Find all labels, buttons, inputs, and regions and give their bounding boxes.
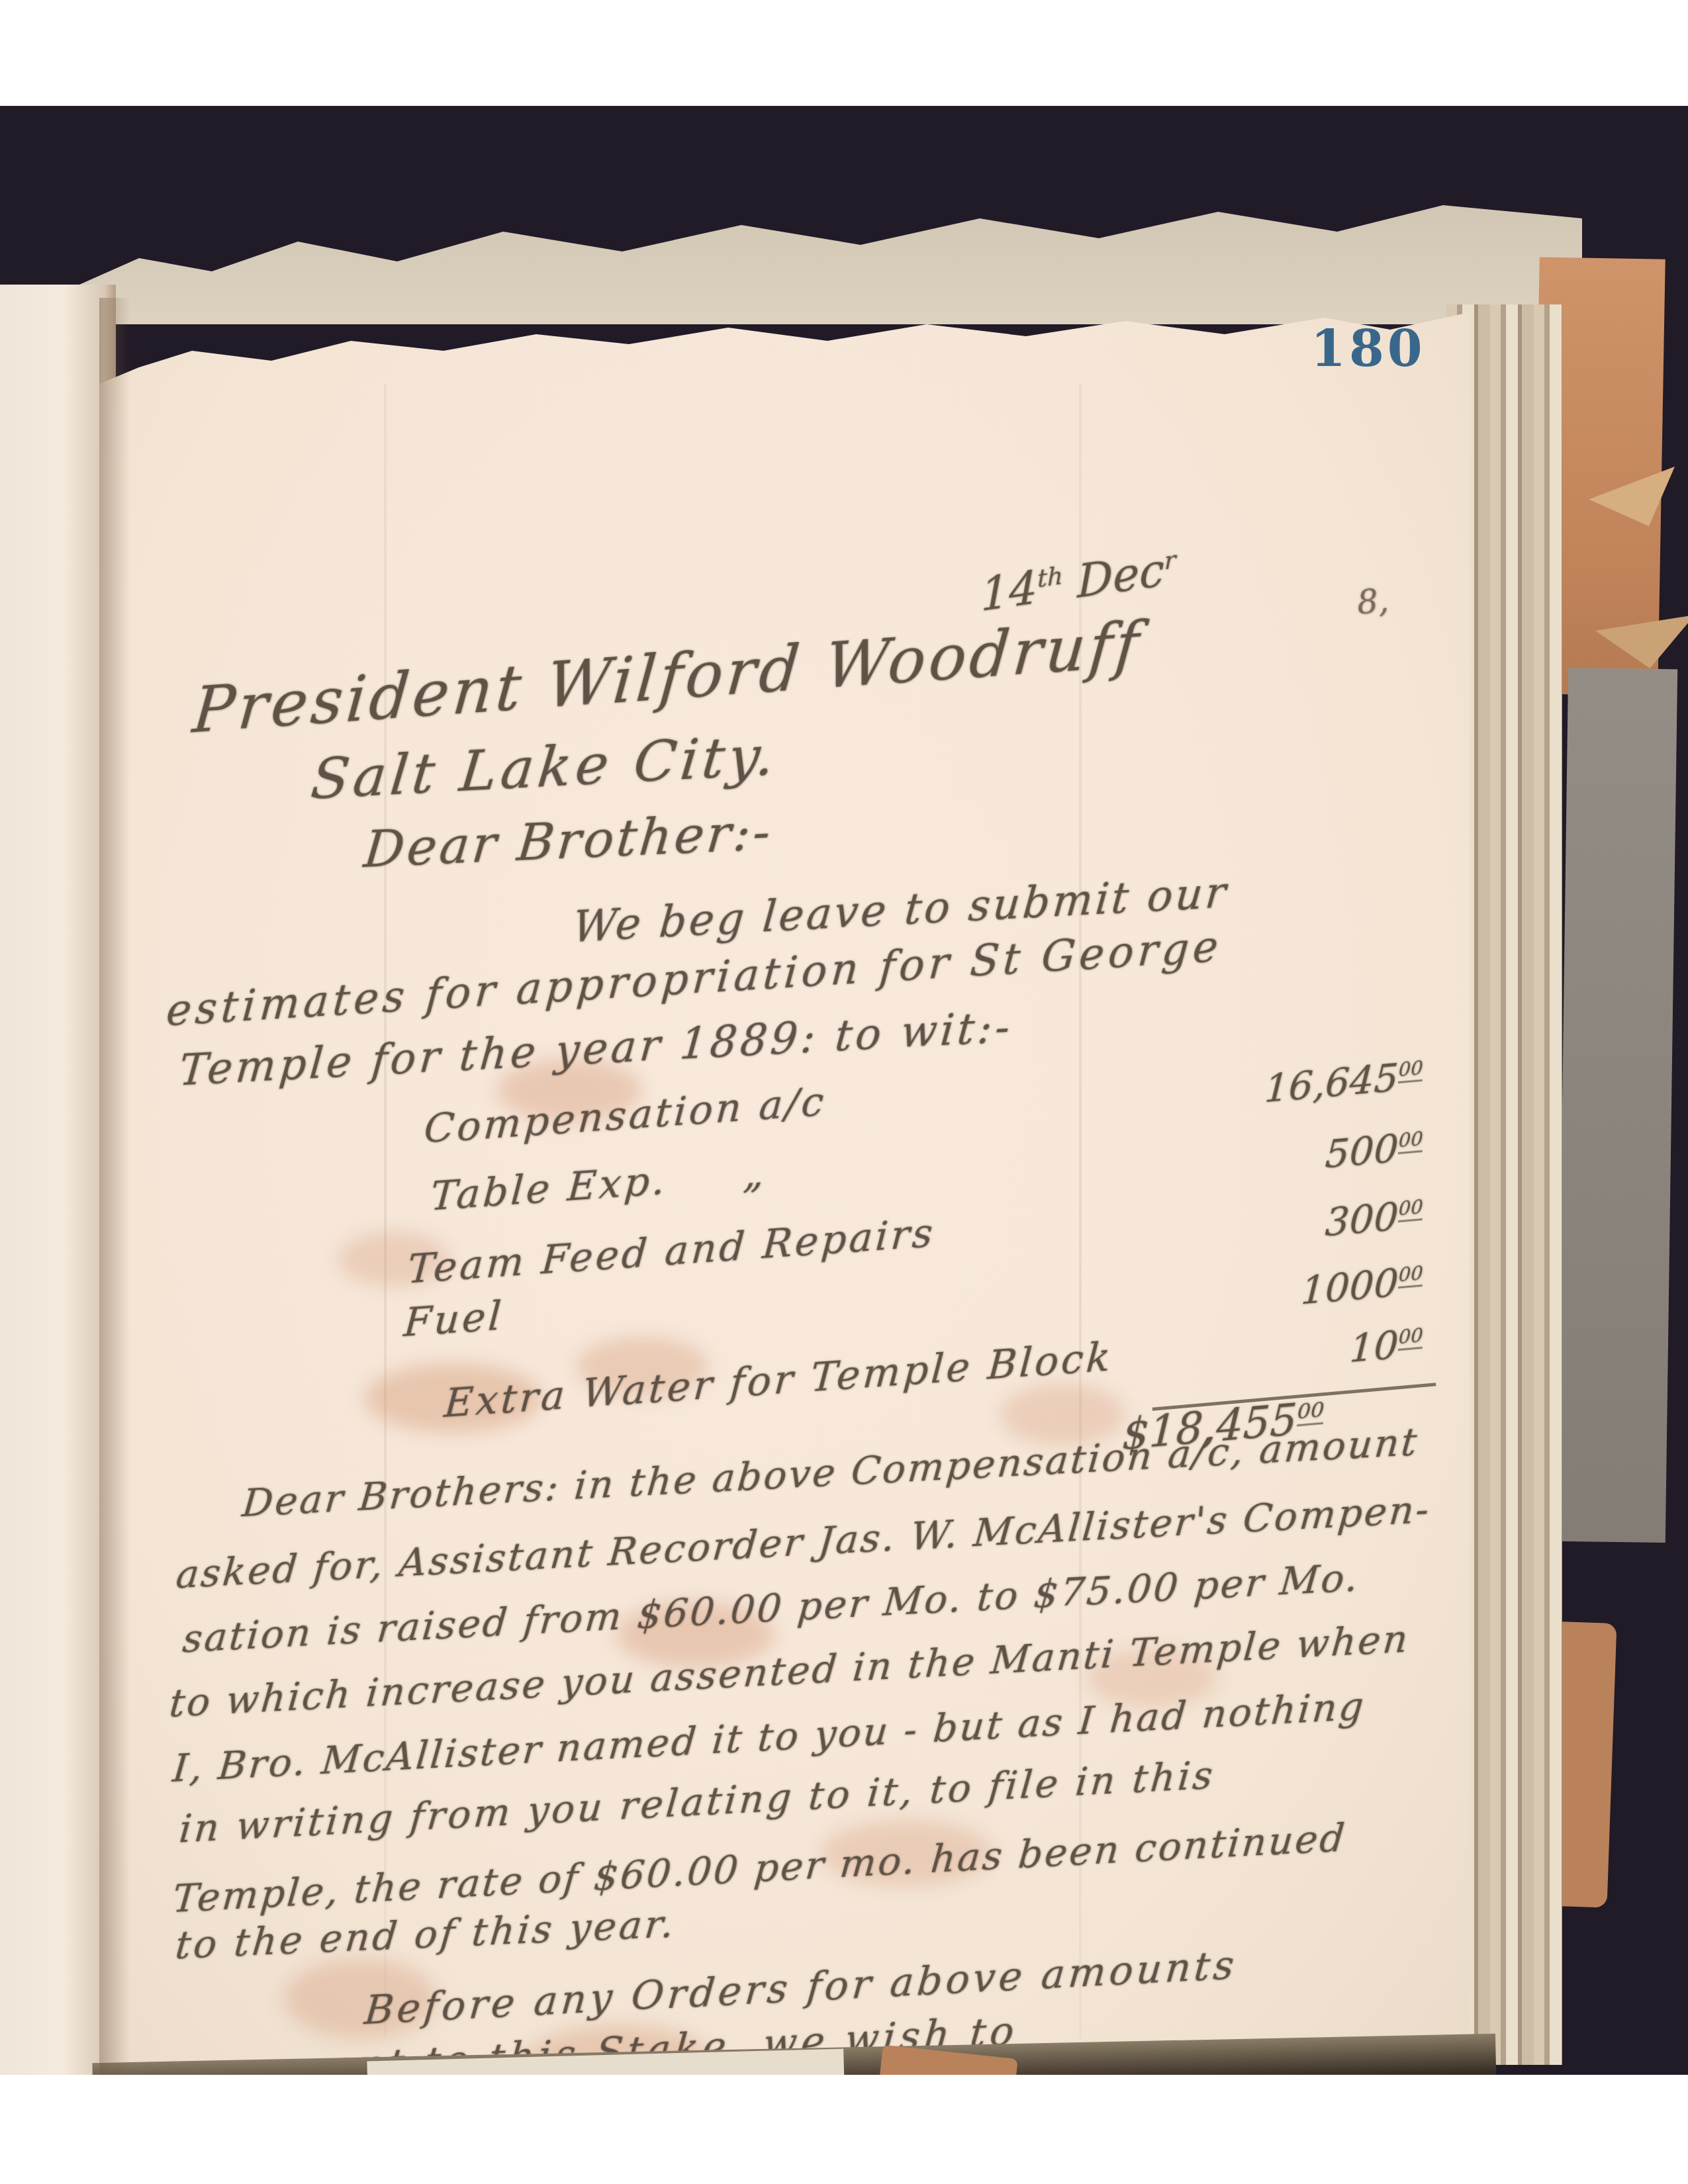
- date-month: Dec: [1063, 543, 1164, 610]
- recipient-line: President Wilford Woodruff: [190, 608, 1145, 747]
- amount-value: 16,645: [1263, 1054, 1399, 1111]
- facing-page-edge: [0, 285, 116, 2075]
- page-number: 180: [1311, 319, 1426, 378]
- address-line: Salt Lake City.: [308, 722, 781, 812]
- amount-value: 1000: [1300, 1259, 1400, 1313]
- estimate-item-label: Fuel: [402, 1292, 506, 1345]
- amount-cents: 00: [1398, 1195, 1424, 1222]
- amount-value: 10: [1348, 1322, 1399, 1371]
- date-year-note: 8,: [1356, 581, 1390, 621]
- binding-gutter-shadow: [99, 298, 136, 2075]
- date-day-suffix: th: [1037, 560, 1063, 593]
- amount-cents: 00: [1398, 1261, 1424, 1289]
- amount-value: 500: [1324, 1125, 1399, 1177]
- salutation-line: Dear Brother:-: [361, 801, 776, 878]
- amount-value: 300: [1324, 1193, 1399, 1245]
- estimate-item-amount: 50000: [1145, 1122, 1424, 1192]
- ragged-page-edges: [79, 179, 1582, 324]
- amount-cents: 00: [1398, 1056, 1424, 1083]
- back-board-edge: [1556, 668, 1677, 1543]
- estimate-item-label: Table Exp. „: [429, 1150, 769, 1220]
- estimate-item-amount: 1000: [1145, 1319, 1424, 1388]
- letter-page: 180 14th Decr 8, President Wilford Woodr…: [99, 304, 1470, 2075]
- paper-crease: [384, 384, 387, 2038]
- estimate-item-amount: 100000: [1145, 1257, 1424, 1326]
- estimate-item-amount: 30000: [1145, 1191, 1424, 1260]
- estimate-item-amount: 16,64500: [1145, 1052, 1424, 1121]
- date-month-suffix: r: [1164, 544, 1176, 575]
- scanned-letterbook-page: 180 14th Decr 8, President Wilford Woodr…: [0, 0, 1688, 2184]
- amount-cents: 00: [1398, 1324, 1424, 1351]
- date-line: 14th Decr: [980, 542, 1176, 622]
- amount-cents: 00: [1398, 1127, 1424, 1154]
- estimate-item-label: Team Feed and Repairs: [406, 1209, 937, 1293]
- date-day: 14: [980, 561, 1037, 622]
- photo-area: 180 14th Decr 8, President Wilford Woodr…: [0, 106, 1688, 2075]
- total-cents: 00: [1297, 1396, 1325, 1426]
